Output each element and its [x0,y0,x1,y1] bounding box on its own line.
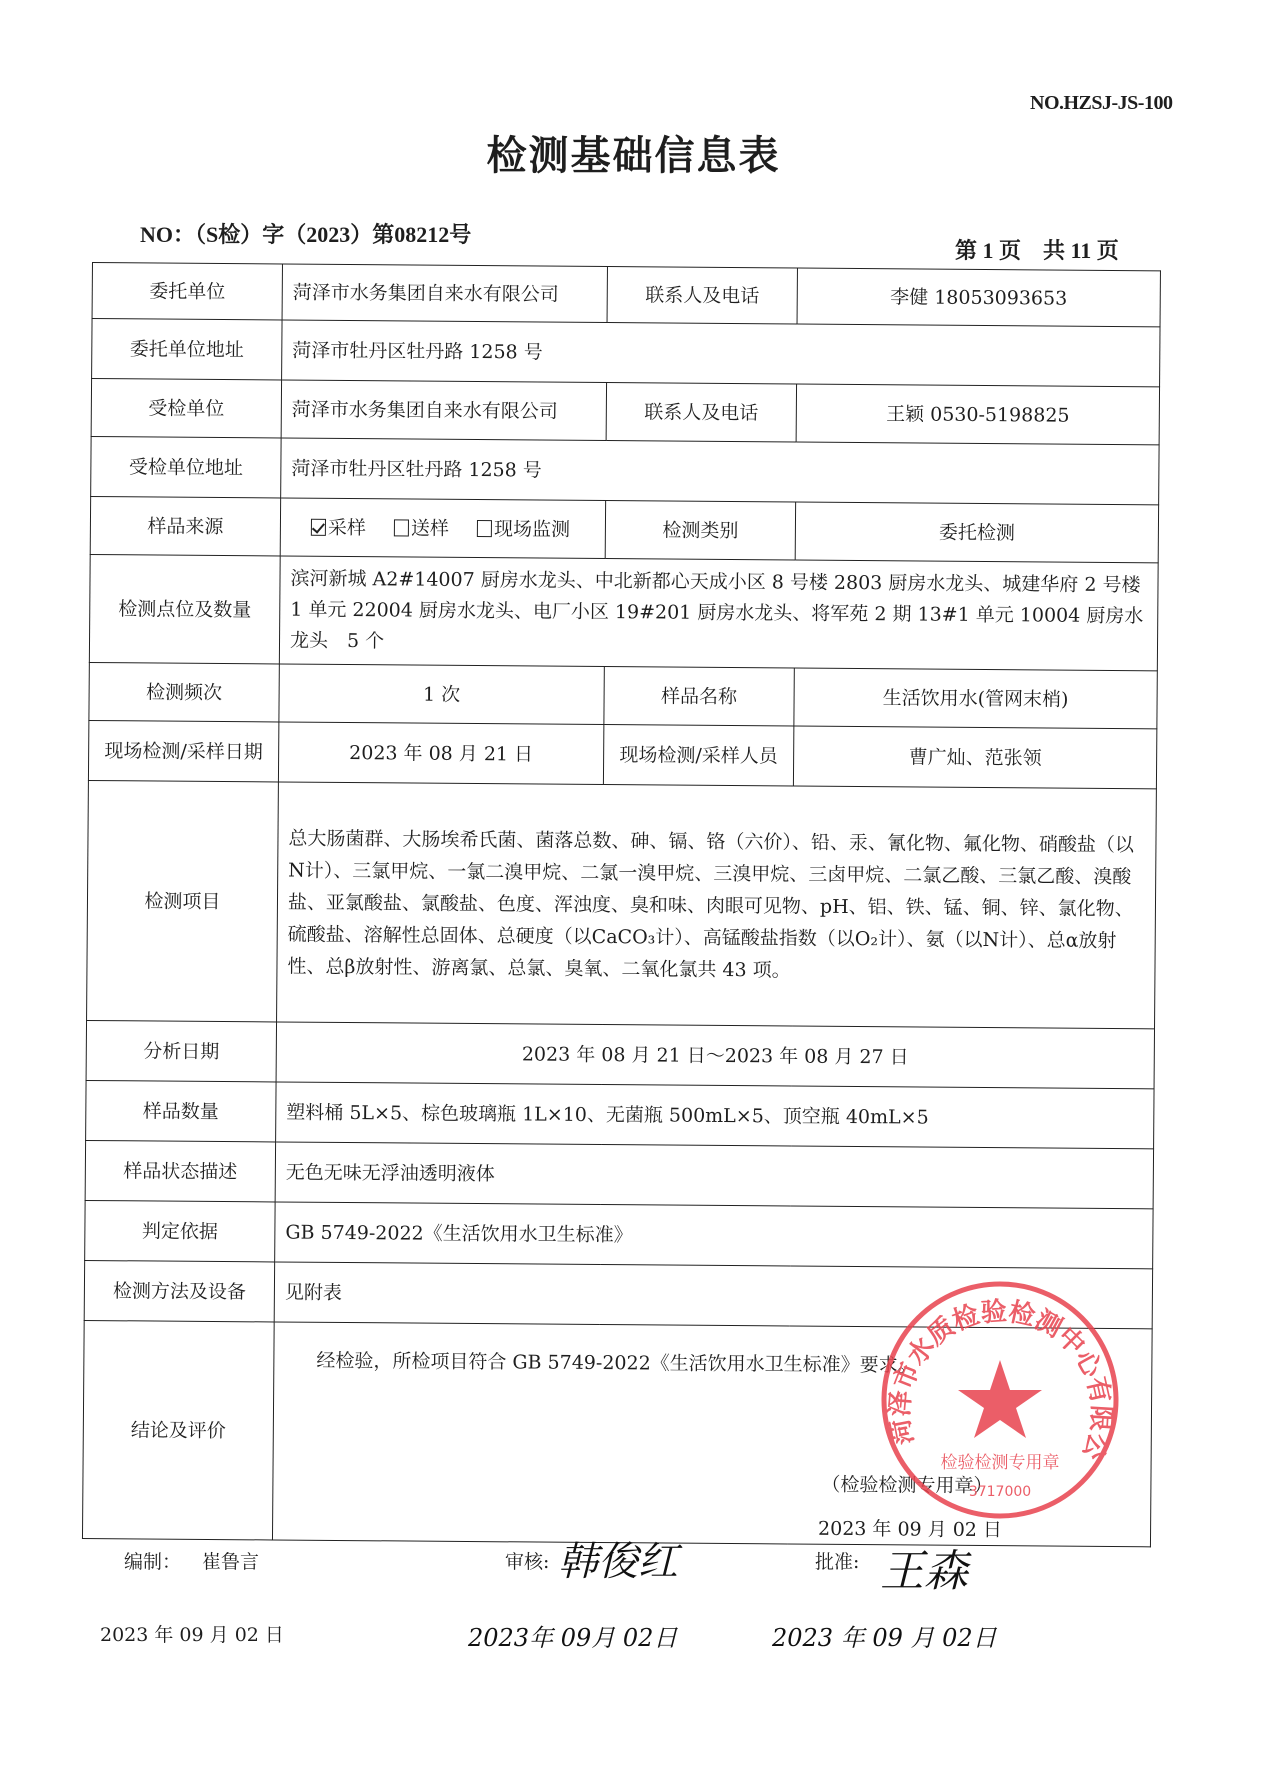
page-indicator: 第 1 页 共 11 页 [955,234,1119,265]
client-address-label: 委托单位地址 [92,319,282,380]
conclusion-cell: 经检验，所检项目符合 GB 5749-2022《生活饮用水卫生标准》要求。 （检… [272,1322,1152,1547]
inspected-contact-value: 王颖 0530-5198825 [796,384,1159,445]
row-frequency: 检测频次 1 次 样品名称 生活饮用水(管网末梢) [89,662,1157,728]
option-sampling[interactable]: 采样 [311,511,366,543]
sample-source-label: 样品来源 [90,496,280,555]
sampling-date-label: 现场检测/采样日期 [88,720,278,781]
points-label: 检测点位及数量 [89,554,280,663]
points-value: 滨河新城 A2#14007 厨房水龙头、中北新都心天成小区 8 号楼 2803 … [279,556,1158,671]
sample-source-options: 采样 送样 现场监测 [280,498,605,559]
compiled-date: 2023 年 09 月 02 日 [100,1620,284,1647]
conclusion-label: 结论及评价 [82,1320,274,1539]
info-table: 委托单位 菏泽市水务集团自来水有限公司 联系人及电话 李健 1805309365… [82,262,1161,1547]
checkbox-empty-icon[interactable] [477,520,492,537]
sample-name-label: 样品名称 [604,667,794,726]
client-address-value: 菏泽市牡丹区牡丹路 1258 号 [282,320,1160,387]
category-value: 委托检测 [795,502,1158,563]
inspected-address-value: 菏泽市牡丹区牡丹路 1258 号 [281,438,1159,505]
row-sample-state: 样品状态描述 无色无味无浮油透明液体 [85,1140,1153,1208]
sample-state-value: 无色无味无浮油透明液体 [275,1142,1153,1209]
sample-quantity-label: 样品数量 [86,1080,276,1141]
client-contact-label: 联系人及电话 [607,267,797,324]
conclusion-value: 经检验，所检项目符合 GB 5749-2022《生活饮用水卫生标准》要求。 [316,1345,917,1382]
page-title: 检测基础信息表 [0,124,1267,181]
option-sampling-label: 采样 [328,516,366,538]
checkbox-checked-icon[interactable] [311,518,326,535]
analysis-date-label: 分析日期 [86,1020,276,1081]
info-sheet: 委托单位 菏泽市水务集团自来水有限公司 联系人及电话 李健 1805309365… [82,262,1160,1547]
row-items: 检测项目 总大肠菌群、大肠埃希氏菌、菌落总数、砷、镉、铬（六价）、铅、汞、氰化物… [87,780,1157,1028]
option-delivered-label: 送样 [411,517,449,539]
items-value: 总大肠菌群、大肠埃希氏菌、菌落总数、砷、镉、铬（六价）、铅、汞、氰化物、氟化物、… [277,782,1157,1029]
row-sample-quantity: 样品数量 塑料桶 5L×5、棕色玻璃瓶 1L×10、无菌瓶 500mL×5、顶空… [86,1080,1154,1148]
sampling-date-value: 2023 年 08 月 21 日 [278,722,603,785]
reviewed-label: 审核: [505,1547,549,1574]
reviewed-date: 2023年 09月 02日 [468,1618,677,1653]
client-contact-value: 李健 18053093653 [797,268,1160,327]
row-basis: 判定依据 GB 5749-2022《生活饮用水卫生标准》 [85,1200,1153,1268]
sample-quantity-value: 塑料桶 5L×5、棕色玻璃瓶 1L×10、无菌瓶 500mL×5、顶空瓶 40m… [276,1082,1154,1149]
row-sample-source: 样品来源 采样 送样 现场监测 检测类别 委托检测 [90,496,1158,562]
compiled-name: 崔鲁言 [202,1547,259,1574]
row-analysis-date: 分析日期 2023 年 08 月 21 日～2023 年 08 月 27 日 [86,1020,1154,1088]
row-conclusion: 结论及评价 经检验，所检项目符合 GB 5749-2022《生活饮用水卫生标准》… [82,1320,1152,1546]
row-client-address: 委托单位地址 菏泽市牡丹区牡丹路 1258 号 [92,319,1160,387]
compiled-label: 编制： [124,1547,181,1574]
option-onsite-label: 现场监测 [494,518,570,541]
inspected-address-label: 受检单位地址 [91,436,281,497]
items-label: 检测项目 [87,780,279,1021]
row-client: 委托单位 菏泽市水务集团自来水有限公司 联系人及电话 李健 1805309365… [92,263,1160,327]
methods-value: 见附表 [274,1262,1152,1329]
methods-label: 检测方法及设备 [84,1260,274,1321]
option-delivered[interactable]: 送样 [394,512,449,544]
row-methods: 检测方法及设备 见附表 [84,1260,1152,1328]
category-label: 检测类别 [605,501,795,560]
row-inspected: 受检单位 菏泽市水务集团自来水有限公司 联系人及电话 王颖 0530-51988… [91,379,1159,445]
analysis-date-value: 2023 年 08 月 21 日～2023 年 08 月 27 日 [276,1022,1154,1089]
basis-label: 判定依据 [85,1200,275,1261]
client-label: 委托单位 [92,263,282,320]
sample-name-value: 生活饮用水(管网末梢) [794,668,1157,729]
inspected-label: 受检单位 [91,379,281,438]
document-code: NO.HZSJ-JS-100 [1030,92,1172,115]
sampling-staff-value: 曹广灿、范张领 [793,726,1156,789]
checkbox-empty-icon[interactable] [394,519,409,536]
approved-date: 2023 年 09 月 02日 [772,1618,997,1653]
row-sampling-date: 现场检测/采样日期 2023 年 08 月 21 日 现场检测/采样人员 曹广灿… [88,720,1156,788]
sampling-staff-label: 现场检测/采样人员 [603,725,793,786]
frequency-value: 1 次 [279,664,604,725]
client-value: 菏泽市水务集团自来水有限公司 [282,264,607,323]
report-number: NO：（S检）字（2023）第08212号 [140,218,471,249]
sample-state-label: 样品状态描述 [85,1140,275,1201]
stamp-date: 2023 年 09 月 02 日 [818,1513,1002,1546]
row-points: 检测点位及数量 滨河新城 A2#14007 厨房水龙头、中北新都心天成小区 8 … [89,554,1158,670]
basis-value: GB 5749-2022《生活饮用水卫生标准》 [275,1202,1153,1269]
inspected-value: 菏泽市水务集团自来水有限公司 [281,380,606,441]
row-inspected-address: 受检单位地址 菏泽市牡丹区牡丹路 1258 号 [91,436,1159,504]
option-onsite[interactable]: 现场监测 [477,513,570,546]
stamp-label: （检验检测专用章） [821,1469,992,1502]
inspected-contact-label: 联系人及电话 [606,383,796,442]
approved-label: 批准: [815,1547,859,1574]
frequency-label: 检测频次 [89,662,279,721]
